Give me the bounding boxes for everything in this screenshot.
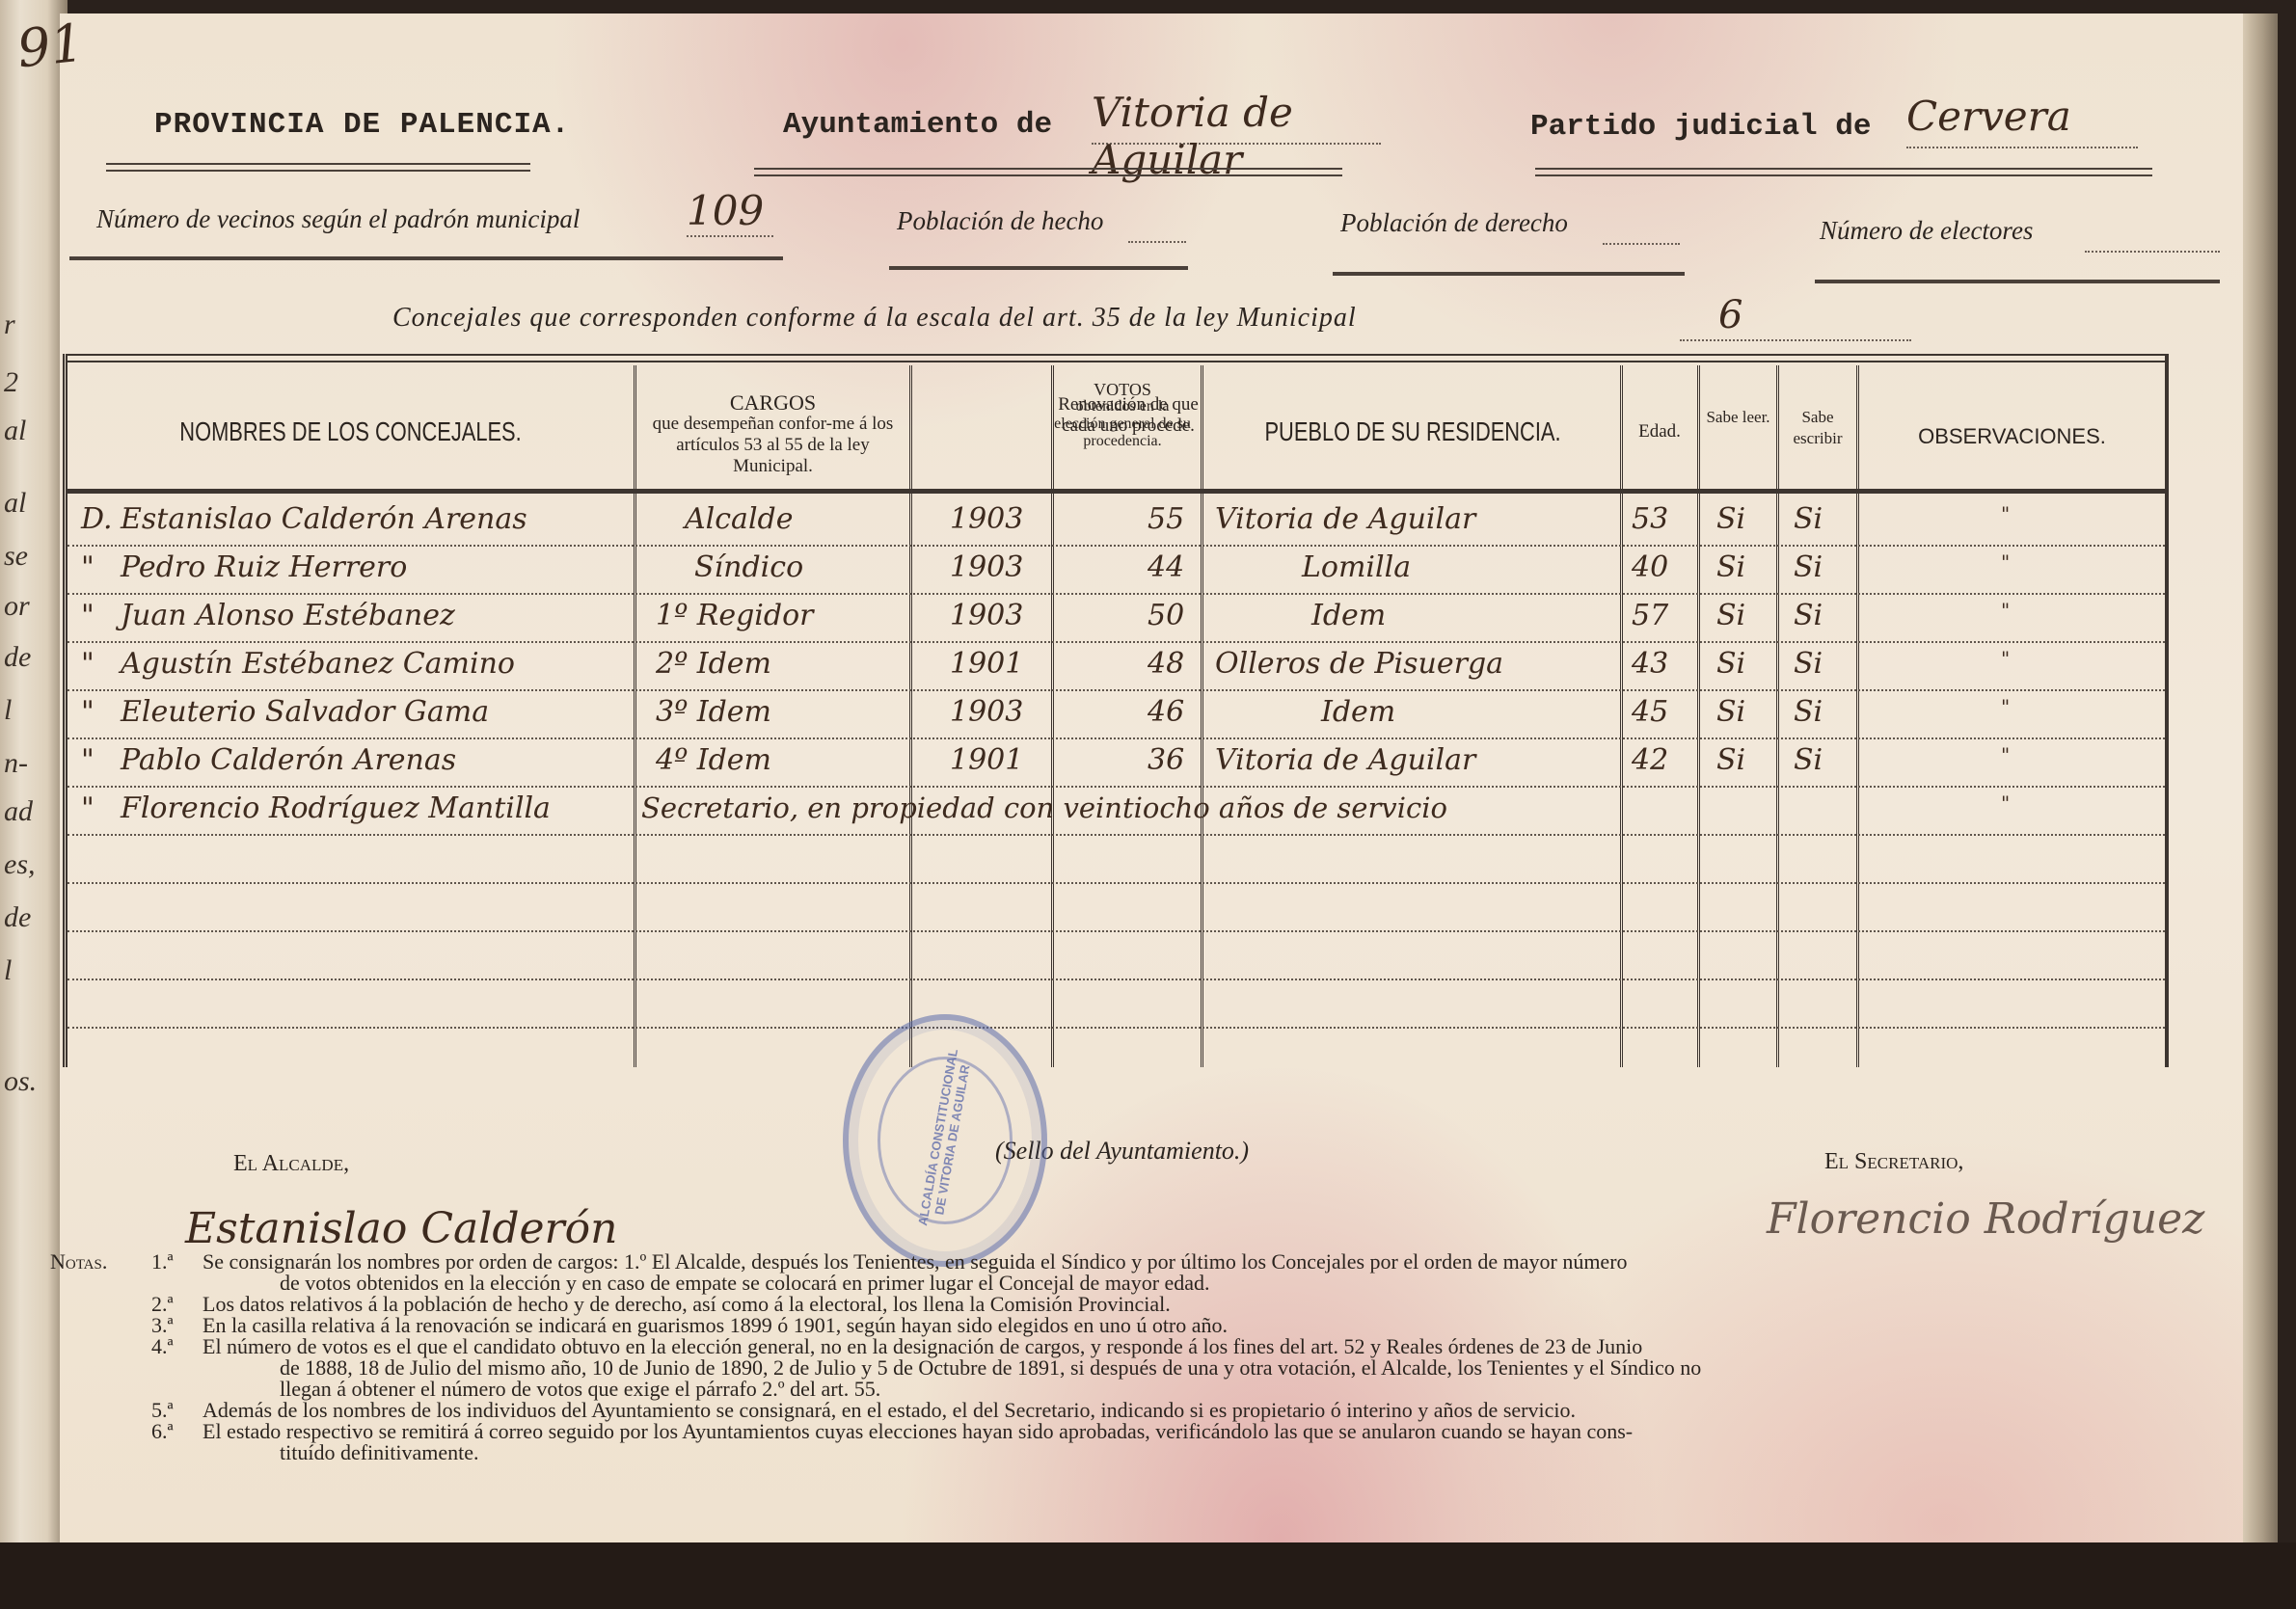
poblacion-hecho-label: Población de hecho	[897, 206, 1103, 236]
note-number: 6.ª	[151, 1421, 174, 1442]
cell-nombre: Juan Alonso Estébanez	[121, 599, 455, 632]
cell-nombre: Pablo Calderón Arenas	[121, 743, 456, 777]
secretario-signature: Florencio Rodríguez	[1767, 1194, 2204, 1244]
margin-fragment: os.	[4, 1065, 37, 1098]
note-number: 4.ª	[151, 1336, 174, 1357]
notes-section: Notas. 1.ªSe consignarán los nombres por…	[50, 1251, 2210, 1463]
note-item: 2.ªLos datos relativos á la población de…	[50, 1294, 2210, 1315]
cell-renovacion: 1903	[950, 695, 1023, 729]
note-line: llegan á obtener el número de votos que …	[203, 1379, 2210, 1400]
cell-pueblo: Vitoria de Aguilar	[1215, 743, 1475, 777]
cell-edad: 57	[1632, 599, 1668, 632]
row-prefix: "	[81, 791, 95, 825]
note-line: tituído definitivamente.	[203, 1442, 2210, 1463]
cell-edad: 45	[1632, 695, 1668, 729]
note-line: El número de votos es el que el candidat…	[203, 1336, 2210, 1357]
cell-pueblo: Idem	[1311, 599, 1386, 632]
cell-sabe-leer: Si	[1716, 502, 1745, 536]
cell-observaciones: "	[2001, 743, 2010, 766]
row-prefix: "	[81, 599, 95, 632]
divider	[106, 163, 530, 172]
cell-nombre: Florencio Rodríguez Mantilla	[121, 791, 551, 825]
note-line: En la casilla relativa á la renovación s…	[203, 1315, 2210, 1336]
note-number: 2.ª	[151, 1294, 174, 1315]
cell-nombre: Pedro Ruiz Herrero	[121, 550, 407, 584]
margin-fragment: 2	[4, 366, 18, 399]
cell-edad: 42	[1632, 743, 1668, 777]
note-item: 5.ªAdemás de los nombres de los individu…	[50, 1400, 2210, 1421]
cell-renovacion: 1901	[950, 743, 1023, 777]
cell-pueblo: Lomilla	[1302, 550, 1411, 584]
divider	[69, 256, 783, 260]
cell-renovacion: 1903	[950, 502, 1023, 536]
partido-field[interactable]: Cervera	[1906, 93, 2138, 148]
note-line: de votos obtenidos en la elección y en c…	[203, 1273, 2210, 1294]
folio-number: 91	[14, 13, 87, 80]
header-sabe-escribir: Sabe escribir	[1779, 407, 1856, 449]
cell-edad: 53	[1632, 502, 1668, 536]
municipal-seal: ALCALDÍA CONSTITUCIONAL DE VITORIA DE AG…	[843, 1014, 1047, 1267]
table-top-rule	[68, 354, 2165, 362]
margin-fragment: l	[4, 954, 12, 987]
table-row-empty[interactable]	[68, 882, 2165, 932]
concejales-escala-field[interactable]: 6	[1680, 293, 1911, 341]
cell-sabe-leer: Si	[1716, 599, 1745, 632]
margin-fragment: se	[4, 540, 28, 573]
cell-cargo-secretario: Secretario, en propiedad con veintiocho …	[641, 791, 1447, 824]
cell-edad: 40	[1632, 550, 1668, 584]
margin-fragment: al	[4, 415, 26, 447]
divider	[1333, 272, 1685, 276]
note-line: Además de los nombres de los individuos …	[203, 1400, 2210, 1421]
cell-renovacion: 1901	[950, 647, 1023, 681]
header-votos-title: VOTOS	[1051, 381, 1194, 398]
header-edad: Edad.	[1622, 421, 1697, 442]
header-rule	[68, 489, 2165, 494]
cell-cargo: 3º Idem	[656, 695, 771, 729]
divider	[754, 168, 1342, 176]
cell-observaciones: "	[2001, 502, 2010, 525]
margin-fragment: al	[4, 487, 26, 520]
header-cargos: CARGOS que desempeñan confor-me á los ar…	[636, 392, 909, 477]
cell-sabe-leer: Si	[1716, 743, 1745, 777]
cell-sabe-escribir: Si	[1794, 743, 1823, 777]
cell-observaciones: "	[2001, 791, 2010, 815]
header-cargos-title: CARGOS	[636, 392, 909, 414]
cell-cargo: 2º Idem	[656, 647, 771, 681]
cell-observaciones: "	[2001, 695, 2010, 718]
cell-edad: 43	[1632, 647, 1668, 681]
document-page: 91 PROVINCIA DE PALENCIA. Ayuntamiento d…	[60, 13, 2278, 1556]
table-row[interactable]: " Pablo Calderón Arenas 4º Idem 1901 36 …	[68, 737, 2165, 788]
cell-votos: 44	[1148, 550, 1184, 584]
divider	[1535, 168, 2152, 176]
cell-votos: 36	[1148, 743, 1184, 777]
margin-fragment: r	[4, 308, 15, 341]
electores-label: Número de electores	[1820, 216, 2033, 246]
vecinos-label: Número de vecinos según el padrón munici…	[96, 204, 580, 234]
cell-cargo: Síndico	[694, 550, 803, 584]
margin-fragment: or	[4, 590, 30, 623]
table-row[interactable]: " Pedro Ruiz Herrero Síndico 1903 44 Lom…	[68, 545, 2165, 595]
cell-sabe-leer: Si	[1716, 695, 1745, 729]
poblacion-derecho-field[interactable]	[1603, 218, 1680, 245]
cell-observaciones: "	[2001, 550, 2010, 574]
alcalde-label: El Alcalde,	[233, 1151, 349, 1177]
row-prefix: "	[81, 695, 95, 729]
margin-fragment: de	[4, 901, 31, 934]
cell-cargo: 4º Idem	[656, 743, 771, 777]
concejales-table: NOMBRES DE LOS CONCEJALES. CARGOS que de…	[63, 354, 2169, 1067]
cell-sabe-escribir: Si	[1794, 647, 1823, 681]
margin-fragment: l	[4, 694, 12, 727]
poblacion-derecho-label: Población de derecho	[1340, 208, 1568, 238]
secretario-label: El Secretario,	[1824, 1149, 1963, 1175]
partido-label: Partido judicial de	[1530, 110, 1871, 144]
cell-sabe-escribir: Si	[1794, 550, 1823, 584]
note-item: 6.ªEl estado respectivo se remitirá á co…	[50, 1421, 2210, 1463]
table-row-empty[interactable]	[68, 1027, 2165, 1075]
header-votos: VOTOS obtenidos en la elección general d…	[1051, 381, 1194, 450]
table-row[interactable]: " Eleuterio Salvador Gama 3º Idem 1903 4…	[68, 689, 2165, 739]
table-row-empty[interactable]	[68, 979, 2165, 1029]
note-item: 4.ªEl número de votos es el que el candi…	[50, 1336, 2210, 1400]
header-observaciones: OBSERVACIONES.	[1859, 426, 2165, 447]
cell-votos: 55	[1148, 502, 1184, 536]
note-item: 3.ªEn la casilla relativa á la renovació…	[50, 1315, 2210, 1336]
cell-renovacion: 1903	[950, 550, 1023, 584]
row-prefix: "	[81, 743, 95, 777]
cell-nombre: Estanislao Calderón Arenas	[121, 502, 527, 536]
cell-sabe-escribir: Si	[1794, 502, 1823, 536]
header-nombres: NOMBRES DE LOS CONCEJALES.	[130, 421, 572, 442]
margin-fragment: de	[4, 641, 31, 674]
note-line: de 1888, 18 de Julio del mismo año, 10 d…	[203, 1357, 2210, 1379]
cell-pueblo: Vitoria de Aguilar	[1215, 502, 1475, 536]
cell-votos: 48	[1148, 647, 1184, 681]
ayuntamiento-label: Ayuntamiento de	[783, 108, 1052, 142]
cell-sabe-escribir: Si	[1794, 599, 1823, 632]
electores-field[interactable]	[2085, 226, 2220, 253]
ayuntamiento-field[interactable]: Vitoria de Aguilar	[1092, 89, 1381, 145]
cell-sabe-escribir: Si	[1794, 695, 1823, 729]
cell-sabe-leer: Si	[1716, 550, 1745, 584]
cell-renovacion: 1903	[950, 599, 1023, 632]
concejales-escala-label: Concejales que corresponden conforme á l…	[392, 303, 1357, 334]
cell-pueblo: Idem	[1321, 695, 1395, 729]
row-prefix: "	[81, 550, 95, 584]
book-binding-shadow	[0, 1542, 2296, 1609]
note-number: 1.ª	[151, 1251, 174, 1273]
vecinos-field[interactable]: 109	[687, 187, 773, 237]
cell-pueblo: Olleros de Pisuerga	[1215, 647, 1503, 681]
margin-fragment: es,	[4, 848, 36, 881]
page-spine-edge	[2243, 13, 2278, 1556]
divider	[889, 266, 1188, 270]
poblacion-hecho-field[interactable]	[1128, 216, 1186, 243]
cell-observaciones: "	[2001, 599, 2010, 622]
header-pueblo: PUEBLO DE SU RESIDENCIA.	[1251, 421, 1574, 442]
table-row[interactable]: D. Estanislao Calderón Arenas Alcalde 19…	[68, 496, 2165, 547]
cell-observaciones: "	[2001, 647, 2010, 670]
province-title: PROVINCIA DE PALENCIA.	[154, 108, 570, 142]
table-row-empty[interactable]	[68, 834, 2165, 884]
row-prefix: "	[81, 647, 95, 681]
cell-cargo: Alcalde	[685, 502, 794, 536]
note-item: 1.ªSe consignarán los nombres por orden …	[50, 1251, 2210, 1294]
table-row[interactable]: " Florencio Rodríguez Mantilla Secretari…	[68, 786, 2165, 836]
header-votos-sub: obtenidos en la elección general de su p…	[1051, 398, 1194, 450]
cell-nombre: Agustín Estébanez Camino	[121, 647, 515, 681]
margin-fragment: ad	[4, 795, 33, 828]
note-line: El estado respectivo se remitirá á corre…	[203, 1421, 2210, 1442]
cell-nombre: Eleuterio Salvador Gama	[121, 695, 489, 729]
header-cargos-sub: que desempeñan confor-me á los artículos…	[636, 414, 909, 477]
note-line: Los datos relativos á la población de he…	[203, 1294, 2210, 1315]
cell-votos: 46	[1148, 695, 1184, 729]
note-number: 5.ª	[151, 1400, 174, 1421]
row-prefix: D.	[81, 502, 113, 536]
cell-cargo: 1º Regidor	[656, 599, 813, 632]
note-line: Se consignarán los nombres por orden de …	[203, 1251, 2210, 1273]
divider	[1815, 280, 2220, 283]
margin-fragment: n-	[4, 747, 28, 780]
cell-votos: 50	[1148, 599, 1184, 632]
header-sabe-leer: Sabe leer.	[1700, 407, 1776, 428]
note-number: 3.ª	[151, 1315, 174, 1336]
table-row[interactable]: " Juan Alonso Estébanez 1º Regidor 1903 …	[68, 593, 2165, 643]
cell-sabe-leer: Si	[1716, 647, 1745, 681]
table-row-empty[interactable]	[68, 930, 2165, 980]
alcalde-signature: Estanislao Calderón	[185, 1204, 617, 1253]
table-row[interactable]: " Agustín Estébanez Camino 2º Idem 1901 …	[68, 641, 2165, 691]
